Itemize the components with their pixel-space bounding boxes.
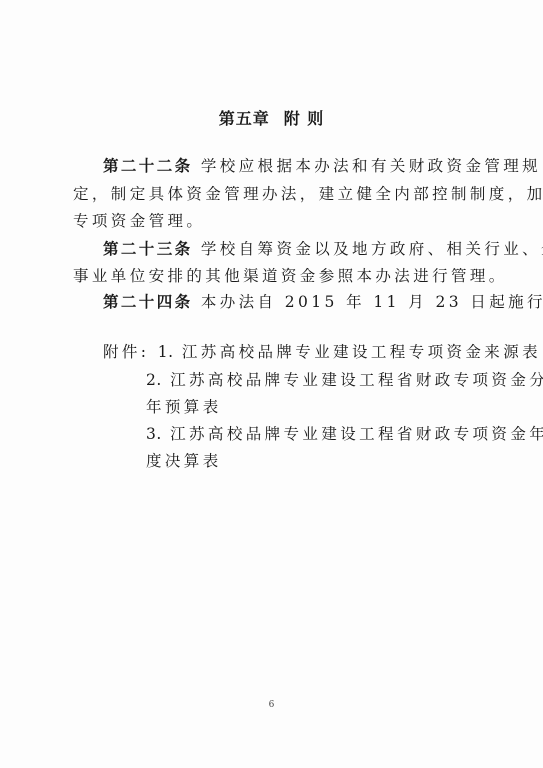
- attachment-line-3: 年预算表: [146, 397, 222, 417]
- article-22-line-1: 第二十二条 学校应根据本办法和有关财政资金管理规: [103, 156, 541, 176]
- chapter-name: 附 则: [284, 109, 325, 128]
- attachment-2-title-1: 江苏高校品牌专业建设工程省财政专项资金分: [170, 371, 543, 389]
- article-22-text-1: 学校应根据本办法和有关财政资金管理规: [201, 157, 541, 175]
- article-23-text-2: 事业单位安排的其他渠道资金参照本办法进行管理。: [73, 267, 508, 285]
- article-24-label: 第二十四条: [103, 293, 193, 311]
- article-23-text-1: 学校自筹资金以及地方政府、相关行业、企: [201, 240, 543, 258]
- attachment-1-title: 江苏高校品牌专业建设工程专项资金来源表: [182, 343, 541, 361]
- attachment-3-title-2: 度决算表: [146, 452, 222, 470]
- attachment-1-number: 1.: [158, 343, 174, 361]
- attachment-3-number: 3.: [146, 425, 162, 443]
- chapter-number: 第五章: [219, 109, 270, 128]
- chapter-title: 第五章附 则: [0, 106, 543, 129]
- article-22-line-2: 定，制定具体资金管理办法，建立健全内部控制制度，加强对: [73, 184, 543, 204]
- attachment-2-number: 2.: [146, 371, 162, 389]
- attachment-line-4: 3. 江苏高校品牌专业建设工程省财政专项资金年: [146, 424, 543, 444]
- article-22-text-2: 定，制定具体资金管理办法，建立健全内部控制制度，加强对: [73, 185, 543, 203]
- article-22-line-3: 专项资金管理。: [73, 211, 205, 231]
- attachments-label: 附件:: [103, 343, 149, 361]
- article-24-text-1: 本办法自 2015 年 11 月 23 日起施行。: [201, 293, 543, 311]
- attachment-line-1: 附件: 1. 江苏高校品牌专业建设工程专项资金来源表: [103, 342, 541, 362]
- attachment-line-5: 度决算表: [146, 451, 222, 471]
- article-22-label: 第二十二条: [103, 157, 193, 175]
- page-number: 6: [0, 700, 543, 710]
- attachment-2-title-2: 年预算表: [146, 398, 222, 416]
- attachment-line-2: 2. 江苏高校品牌专业建设工程省财政专项资金分: [146, 370, 543, 390]
- document-page: 第五章附 则 第二十二条 学校应根据本办法和有关财政资金管理规 定，制定具体资金…: [0, 0, 543, 768]
- attachment-3-title-1: 江苏高校品牌专业建设工程省财政专项资金年: [170, 425, 543, 443]
- article-23-label: 第二十三条: [103, 240, 193, 258]
- article-23-line-2: 事业单位安排的其他渠道资金参照本办法进行管理。: [73, 266, 508, 286]
- article-23-line-1: 第二十三条 学校自筹资金以及地方政府、相关行业、企: [103, 239, 543, 259]
- article-24-line-1: 第二十四条 本办法自 2015 年 11 月 23 日起施行。: [103, 292, 543, 312]
- article-22-text-3: 专项资金管理。: [73, 212, 205, 230]
